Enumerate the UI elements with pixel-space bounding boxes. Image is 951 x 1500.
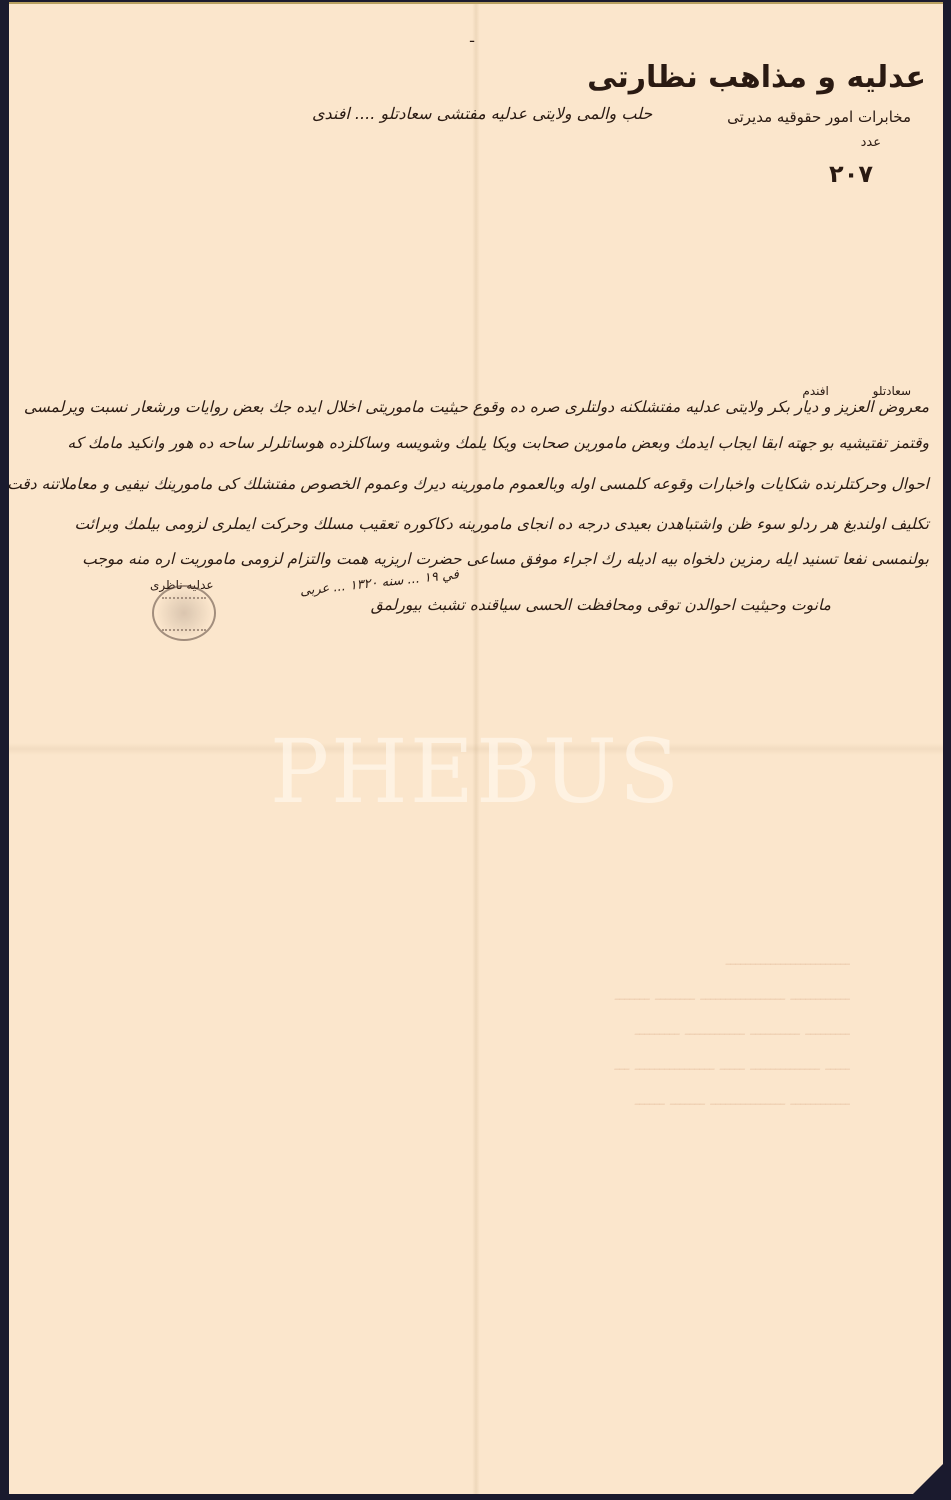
bleed-through-line: ـــــ ــــــــــــــ ـــــ ـــــــــــــ… — [160, 1055, 850, 1075]
number-label: عدد — [861, 135, 881, 150]
bleed-through-line: ـــــــــــــــــــــــــ — [160, 950, 850, 970]
bleed-through-line: ــــــــــــ ـــــــــــــــ ـــــــ ـــ… — [160, 1090, 850, 1110]
bleed-through-line: ـــــــــ ــــــــــ ــــــــــــ ــــــ… — [160, 1020, 850, 1040]
body-line: بولنمسى نفعا تسنيد ايله رمزين دلخواه بيه… — [29, 550, 929, 568]
body-line: تكليف اولنديغ هر ردلو سوء ظن واشتباهدن ب… — [29, 515, 929, 533]
watermark: PHEBUS — [0, 720, 951, 823]
letterhead-subtitle: مخابرات امور حقوقيه مديرتى — [727, 108, 911, 126]
top-mark: ـ — [470, 30, 474, 46]
body-line: احوال وحركتلرنده شكايات واخبارات وقوعه ك… — [29, 475, 929, 493]
salutation: سعادتلو افندم — [802, 384, 911, 398]
letterhead-title: عدليه و مذاهب نظارتى — [587, 60, 926, 95]
bleed-through-line: ــــــــــــ ـــــــــــــــــ ــــــــ … — [160, 985, 850, 1005]
body-line: مانوت وحيثيت احوالدن توقى ومحافظت الحسى … — [271, 596, 831, 614]
body-line: معروض العزيز و ديار بكر ولايتى عدليه مفت… — [29, 398, 929, 416]
addressee: حلب والمى ولايتى عدليه مفتشى سعادتلو ...… — [312, 104, 652, 123]
body-line: وقتمز تفتيشيه بو جهته ابقا ايجاب ايدمك و… — [29, 434, 929, 452]
seal-stamp-icon — [152, 585, 216, 641]
document-number: ٢٠٧ — [829, 160, 873, 188]
folded-corner — [913, 1464, 943, 1494]
